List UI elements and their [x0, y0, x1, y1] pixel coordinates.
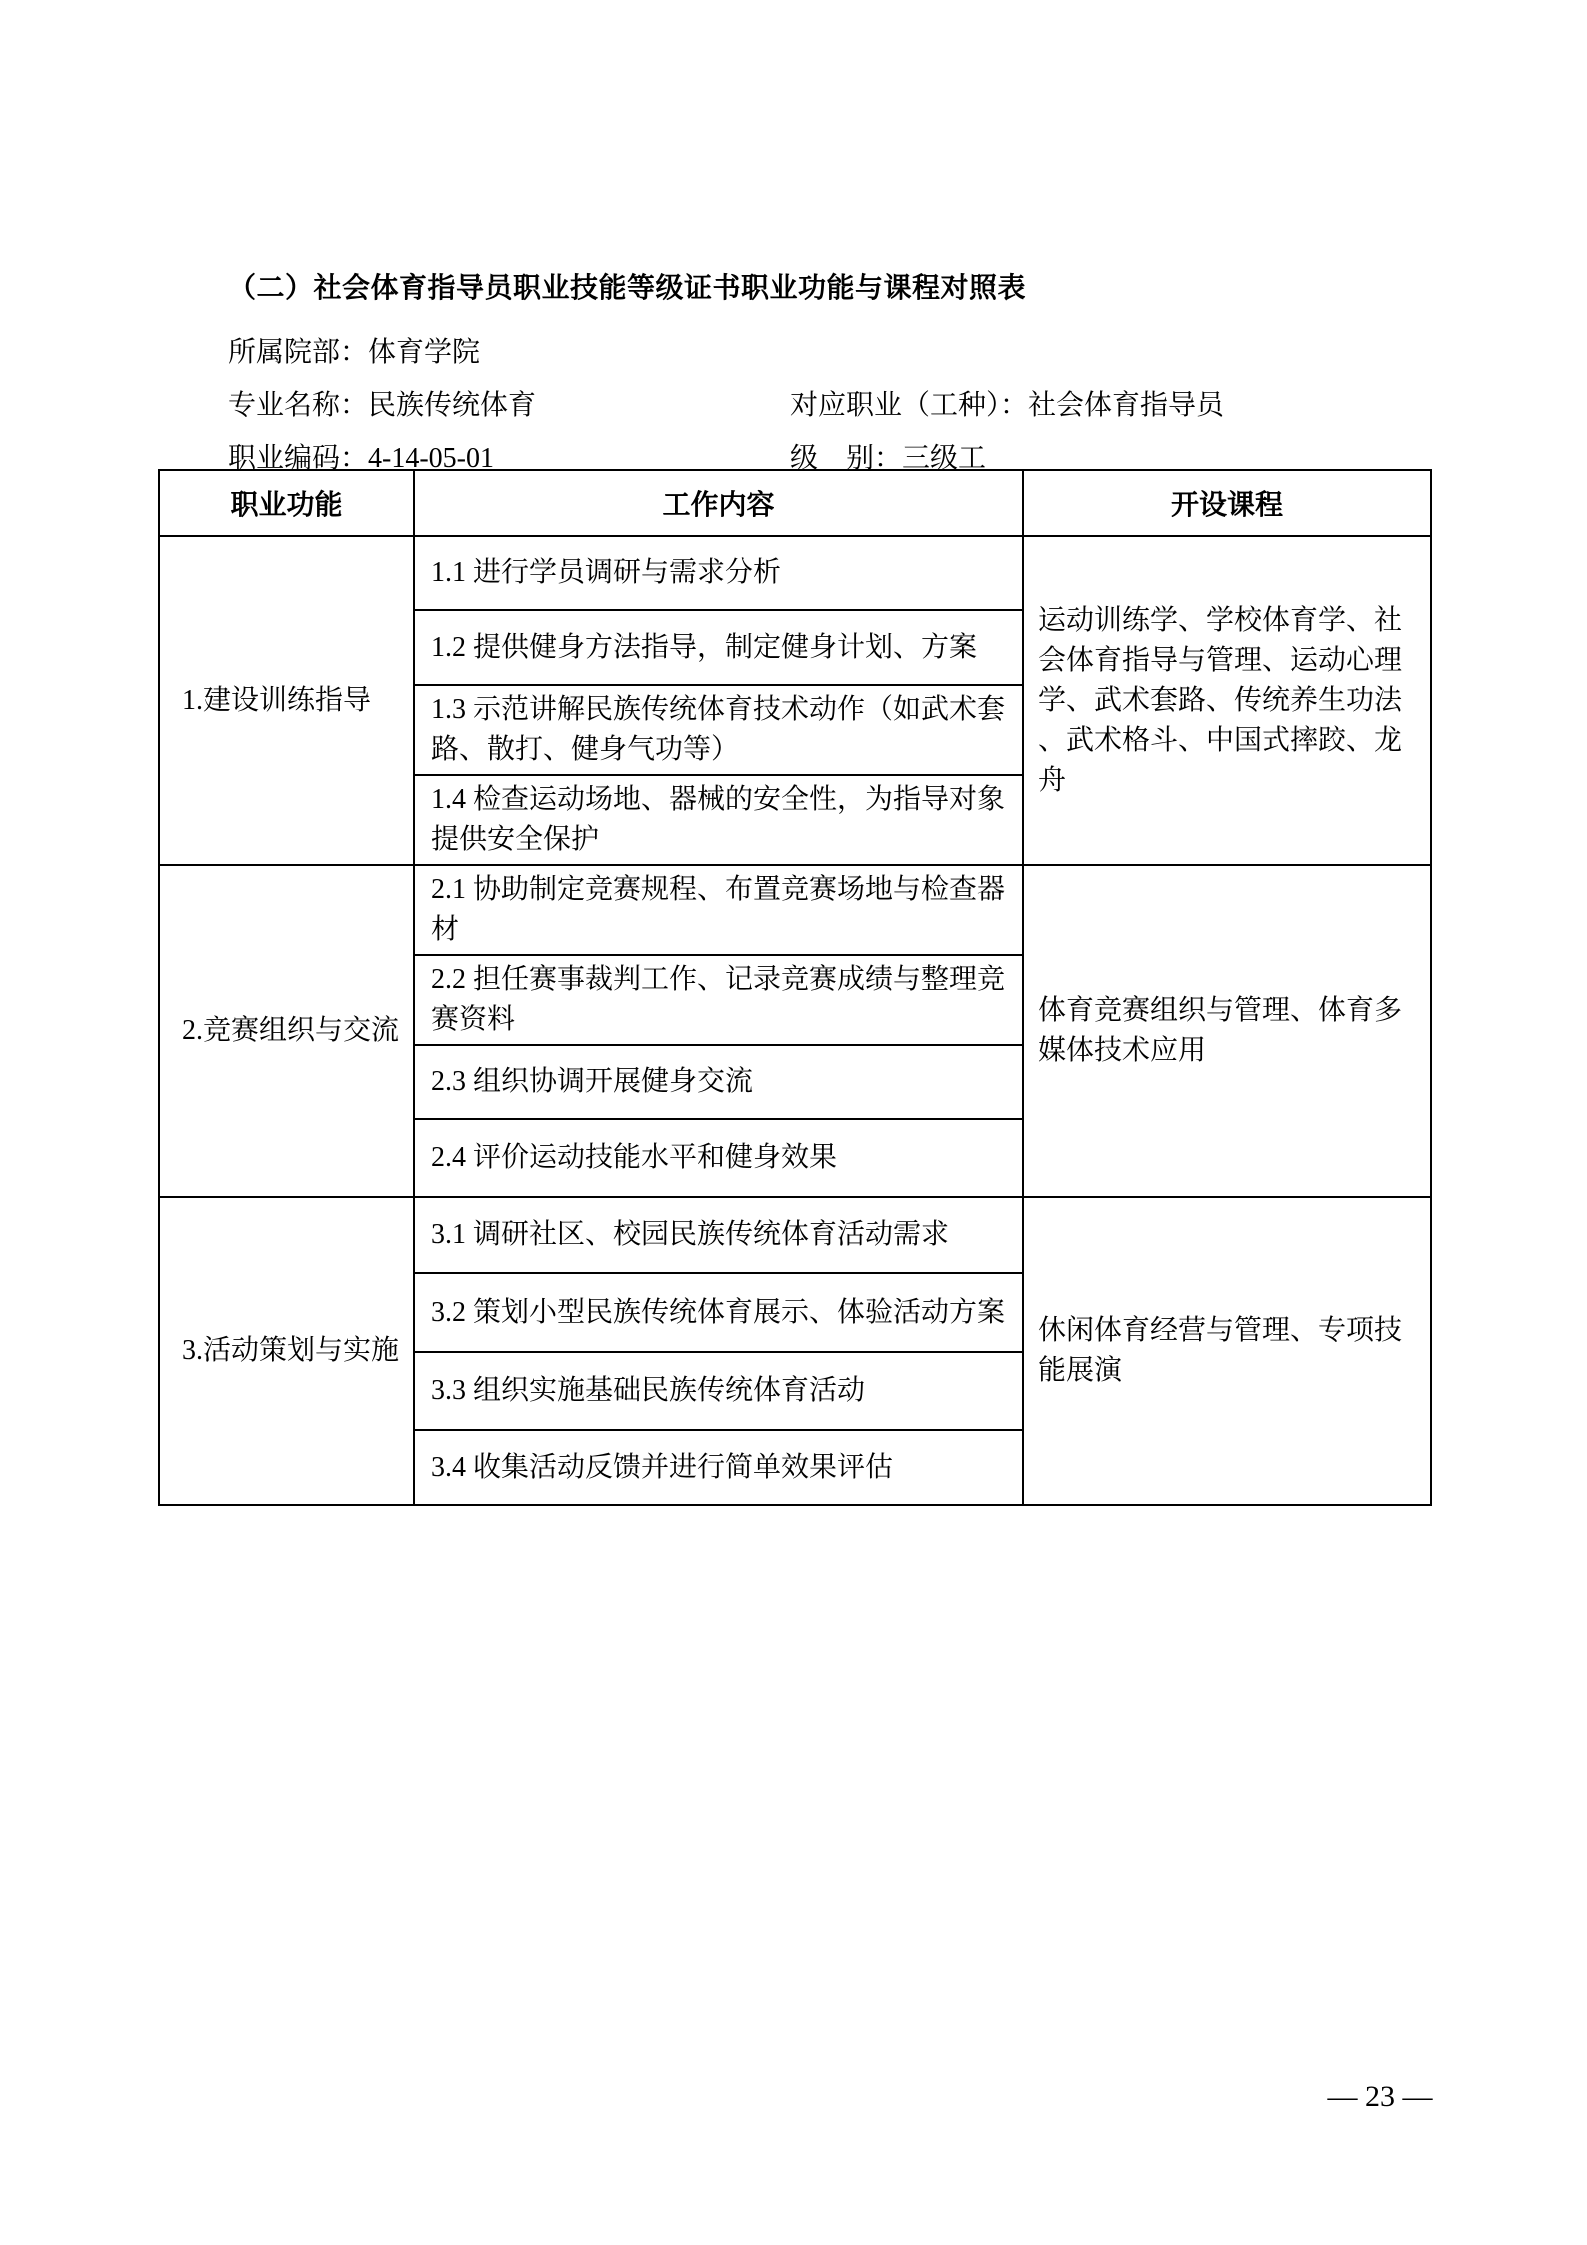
- task-cell: 3.1 调研社区、校园民族传统体育活动需求: [414, 1197, 1023, 1273]
- task-cell: 2.2 担任赛事裁判工作、记录竞赛成绩与整理竞赛资料: [414, 955, 1023, 1045]
- col-header-courses: 开设课程: [1023, 470, 1431, 536]
- col-header-function: 职业功能: [159, 470, 414, 536]
- table-header-row: 职业功能 工作内容 开设课程: [159, 470, 1431, 536]
- function-cell: 2.竞赛组织与交流: [159, 865, 414, 1197]
- table-row: 1.建设训练指导 1.1 进行学员调研与需求分析 运动训练学、学校体育学、社会体…: [159, 536, 1431, 610]
- col-header-work-content: 工作内容: [414, 470, 1023, 536]
- page-number: — 23 —: [1290, 2080, 1470, 2114]
- info-occupation: 对应职业（工种）：社会体育指导员: [790, 383, 1224, 423]
- table-row: 3.活动策划与实施 3.1 调研社区、校园民族传统体育活动需求 休闲体育经营与管…: [159, 1197, 1431, 1273]
- info-major: 专业名称：民族传统体育: [228, 383, 536, 423]
- section-title: （二）社会体育指导员职业技能等级证书职业功能与课程对照表: [228, 266, 1026, 306]
- function-cell: 3.活动策划与实施: [159, 1197, 414, 1505]
- task-cell: 1.3 示范讲解民族传统体育技术动作（如武术套路、散打、健身气功等）: [414, 685, 1023, 775]
- task-cell: 1.1 进行学员调研与需求分析: [414, 536, 1023, 610]
- task-cell: 1.4 检查运动场地、器械的安全性，为指导对象提供安全保护: [414, 775, 1023, 865]
- task-cell: 1.2 提供健身方法指导，制定健身计划、方案: [414, 610, 1023, 685]
- function-course-mapping-table: 职业功能 工作内容 开设课程 1.建设训练指导 1.1 进行学员调研与需求分析 …: [158, 469, 1432, 1506]
- table-row: 2.竞赛组织与交流 2.1 协助制定竞赛规程、布置竞赛场地与检查器材 体育竞赛组…: [159, 865, 1431, 955]
- course-cell: 休闲体育经营与管理、专项技能展演: [1023, 1197, 1431, 1505]
- course-cell: 体育竞赛组织与管理、体育多媒体技术应用: [1023, 865, 1431, 1197]
- task-cell: 2.1 协助制定竞赛规程、布置竞赛场地与检查器材: [414, 865, 1023, 955]
- task-cell: 2.3 组织协调开展健身交流: [414, 1045, 1023, 1119]
- function-cell: 1.建设训练指导: [159, 536, 414, 865]
- task-cell: 3.4 收集活动反馈并进行简单效果评估: [414, 1430, 1023, 1505]
- course-cell: 运动训练学、学校体育学、社会体育指导与管理、运动心理学、武术套路、传统养生功法、…: [1023, 536, 1431, 865]
- task-cell: 3.3 组织实施基础民族传统体育活动: [414, 1352, 1023, 1430]
- task-cell: 3.2 策划小型民族传统体育展示、体验活动方案: [414, 1273, 1023, 1352]
- task-cell: 2.4 评价运动技能水平和健身效果: [414, 1119, 1023, 1197]
- info-dept: 所属院部：体育学院: [228, 330, 480, 370]
- document-page: （二）社会体育指导员职业技能等级证书职业功能与课程对照表 所属院部：体育学院 专…: [0, 0, 1587, 2245]
